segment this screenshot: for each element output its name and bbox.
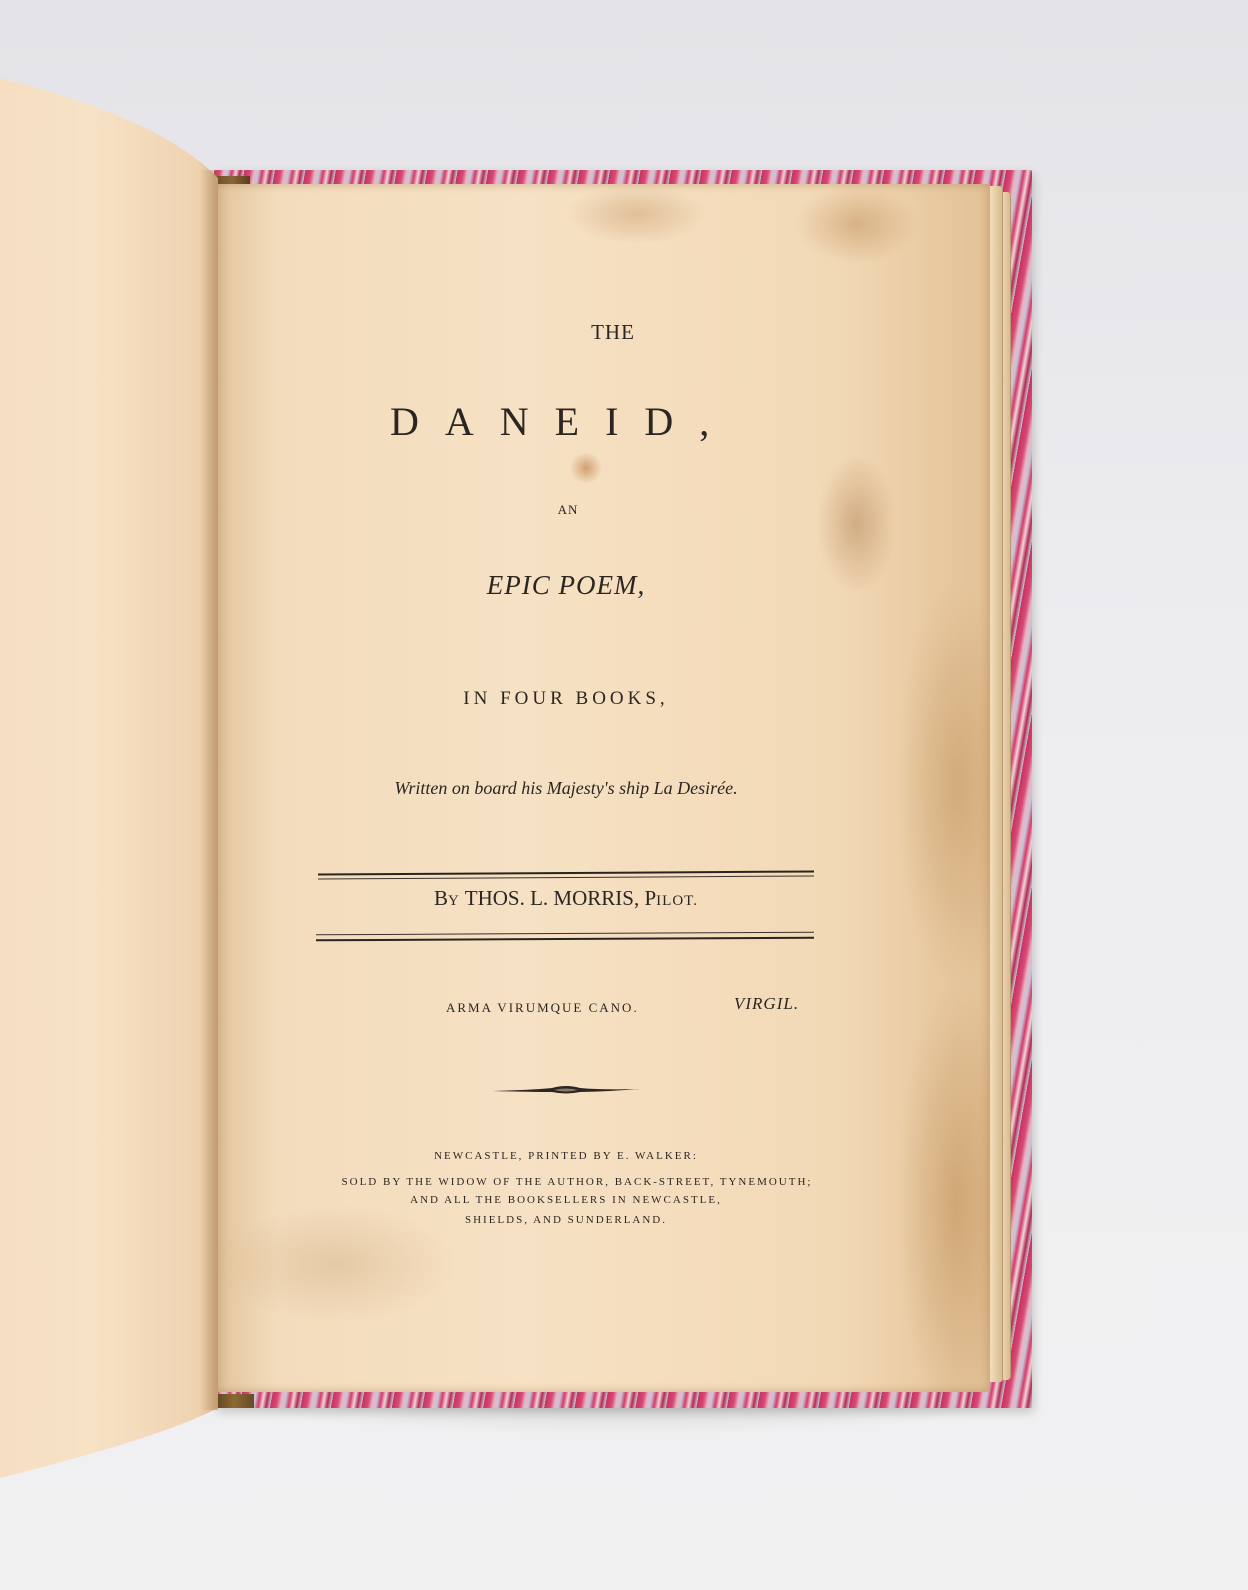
epigraph-source: VIRGIL. <box>734 994 824 1014</box>
divider-rule <box>316 932 814 936</box>
spine-tail <box>214 1394 254 1408</box>
imprint-line: SOLD BY THE WIDOW OF THE AUTHOR, BACK-ST… <box>312 1176 842 1188</box>
by-initial: B <box>434 886 448 910</box>
book-title: DANEID, <box>390 398 750 445</box>
imprint-line: AND ALL THE BOOKSELLERS IN NEWCASTLE, <box>296 1194 836 1206</box>
left-page <box>0 78 218 1478</box>
book-volumes: IN FOUR BOOKS, <box>436 688 696 710</box>
imprint-line: SHIELDS, AND SUNDERLAND. <box>296 1214 836 1226</box>
imprint-line: NEWCASTLE, PRINTED BY E. WALKER: <box>296 1150 836 1162</box>
role-initial: P <box>644 886 656 910</box>
gutter-shade <box>200 170 218 1410</box>
ornament-rule-icon <box>492 1082 640 1096</box>
divider-rule <box>316 937 814 942</box>
author-name: THOS. L. MORRIS, <box>465 886 639 910</box>
divider-rule <box>318 875 814 879</box>
divider-rule <box>318 870 814 875</box>
by-rest: Y <box>448 893 460 909</box>
written-note: Written on board his Majesty's ship La D… <box>356 778 776 799</box>
author-line: BY THOS. L. MORRIS, PILOT. <box>316 886 816 911</box>
role-rest: ILOT. <box>656 893 698 909</box>
title-article: THE <box>216 320 890 345</box>
title-page: THE DANEID, AN EPIC POEM, IN FOUR BOOKS,… <box>216 184 990 1392</box>
title-an: AN <box>528 502 608 518</box>
book-subtitle: EPIC POEM, <box>466 570 666 601</box>
epigraph: ARMA VIRUMQUE CANO. <box>446 1000 676 1016</box>
